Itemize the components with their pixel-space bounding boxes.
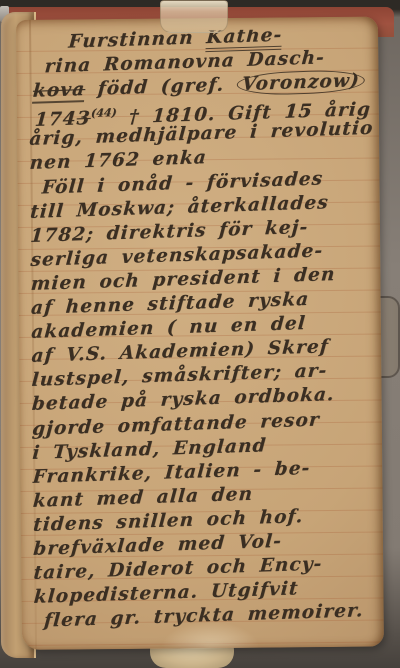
notebook-page: Furstinnan Kathe-rina Romanovna Dasch-ko… — [16, 17, 384, 650]
handwriting: Furstinnan Kathe-rina Romanovna Dasch-ko… — [28, 29, 379, 646]
handwriting-text: född (gref. — [84, 74, 237, 100]
handwriting-text-circ: Voronzow) — [236, 69, 366, 96]
handwriting-text-sup: (44) — [91, 106, 118, 120]
top-tab — [160, 0, 228, 33]
handwriting-text-su: kova — [32, 79, 86, 104]
handwriting-text: nen 1762 enka — [29, 148, 208, 175]
